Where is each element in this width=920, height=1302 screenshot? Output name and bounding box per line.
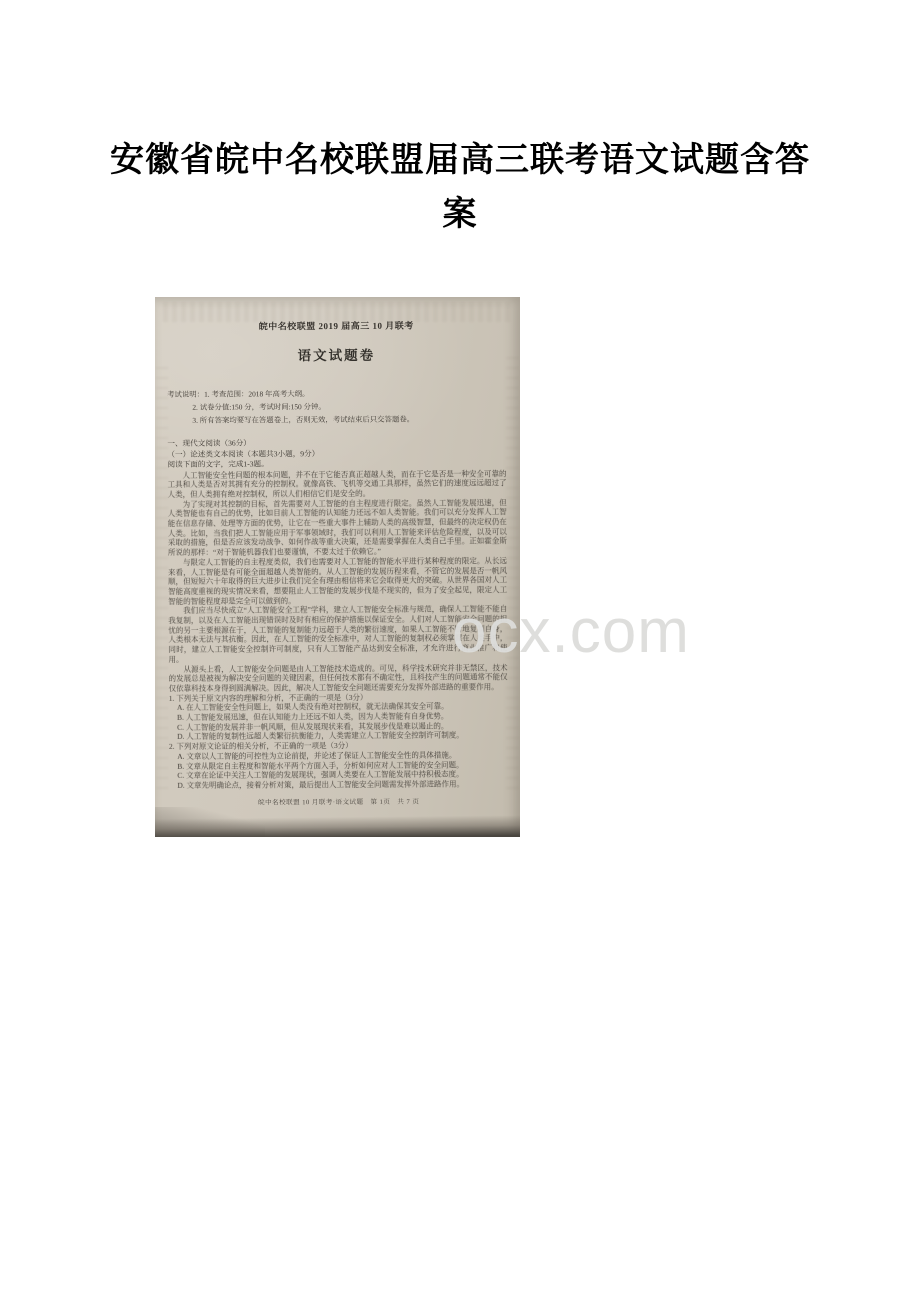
scanned-paper-content: 皖中名校联盟 2019 届高三 10 月联考 语文试题卷 考试说明：1. 考查范… (167, 297, 509, 837)
page-title: 安徽省皖中名校联盟届高三联考语文试题含答 案 (0, 134, 920, 242)
passage-paragraph: 我们应当尽快成立“人工智能安全工程”学科，建立人工智能安全标准与规范，确保人工智… (168, 604, 507, 664)
questions: 1. 下列关于原文内容的理解和分析，不正确的一项是（3分） A. 在人工智能安全… (169, 692, 509, 791)
section-headings: 一、现代文阅读（36分） （一）论述类文本阅读（本题共3小题，9分） 阅读下面的… (167, 437, 506, 470)
exam-page-footer: 皖中名校联盟 10 月联考·语文试题 第 1页 共 7 页 (169, 796, 508, 807)
exam-note-item1: 1. 考查范围：2018 年高考大纲。 (204, 389, 309, 399)
exam-note-item3: 3. 所有答案均要写在答题卷上，否则无效，考试结束后只交答题卷。 (192, 412, 506, 427)
scanned-exam-paper-image: 皖中名校联盟 2019 届高三 10 月联考 语文试题卷 考试说明：1. 考查范… (155, 297, 520, 837)
exam-notes: 考试说明：1. 考查范围：2018 年高考大纲。 2. 试卷分值:150 分，考… (167, 386, 506, 427)
passage-paragraph: 人工智能安全性问题的根本问题，并不在于它能否真正超越人类，而在于它是否是一种安全… (167, 469, 506, 500)
passage-paragraph: 与限定人工智能的自主程度类似，我们也需要对人工智能的智能水平进行某种程度的限定。… (168, 556, 507, 606)
passage-paragraph: 为了实现对其控制的目标，首先需要对人工智能的自主程度进行限定。虽然人工智能发展迅… (168, 498, 507, 558)
passage-paragraph: 从源头上看，人工智能安全问题是由人工智能技术造成的。可见，科学技术研究并非无禁区… (169, 663, 508, 694)
exam-header: 皖中名校联盟 2019 届高三 10 月联考 (167, 297, 506, 333)
question-2-option-d: D. 文章先明确论点，接着分析对策，最后提出人工智能安全问题需发挥外部进路作用。 (169, 779, 508, 790)
page-title-line2: 案 (0, 188, 920, 242)
passage: 人工智能安全性问题的根本问题，并不在于它能否真正超越人类，而在于它是否是一种安全… (167, 469, 507, 694)
exam-paper-title: 语文试题卷 (167, 343, 506, 365)
photo-shadow (155, 815, 520, 837)
page-title-line1: 安徽省皖中名校联盟届高三联考语文试题含答 (0, 134, 920, 188)
bleedthrough-texture (506, 357, 519, 797)
bleedthrough-texture (156, 367, 168, 797)
exam-notes-label: 考试说明： (167, 390, 204, 399)
